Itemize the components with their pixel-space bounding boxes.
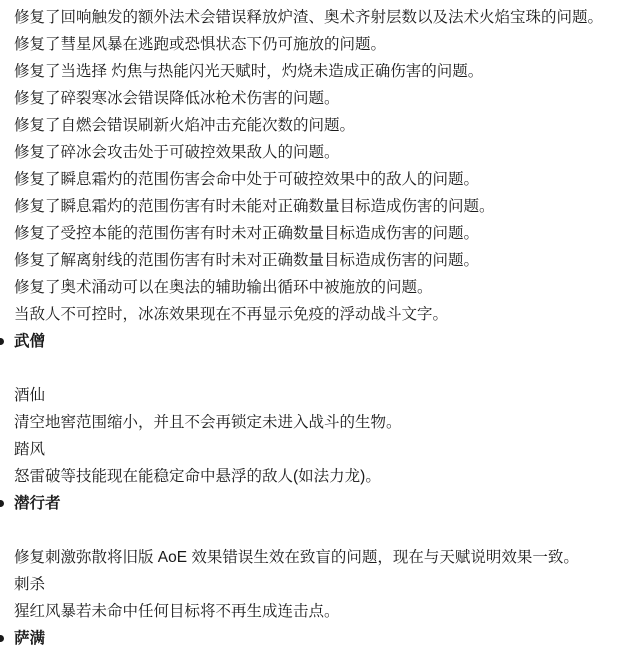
patch-note-text: 修复了当选择 灼焦与热能闪光天赋时，灼烧未造成正确伤害的问题。 xyxy=(14,58,483,85)
patch-note-text: 修复了彗星风暴在逃跑或恐惧状态下仍可施放的问题。 xyxy=(14,31,386,58)
patch-note-item: 修复刺激弥散将旧版 AoE 效果错误生效在致盲的问题，现在与天赋说明效果一致。 xyxy=(14,544,626,571)
spec-name-text: 踏风 xyxy=(14,436,45,463)
patch-note-item: 猩红风暴若未命中任何目标将不再生成连击点。 xyxy=(14,598,626,625)
patch-note-item: 修复了自燃会错误刷新火焰冲击充能次数的问题。 xyxy=(14,112,626,139)
class-header-text: 萨满 xyxy=(14,625,45,652)
class-header-text: 武僧 xyxy=(14,328,45,355)
spec-name: 踏风 xyxy=(14,436,626,463)
patch-note-item: 修复了解离射线的范围伤害有时未对正确数量目标造成伤害的问题。 xyxy=(14,247,626,274)
patch-note-item: 清空地窖范围缩小，并且不会再锁定未进入战斗的生物。 xyxy=(14,409,626,436)
spec-name: 酒仙 xyxy=(14,382,626,409)
patch-note-item: 怒雷破等技能现在能稳定命中悬浮的敌人(如法力龙)。 xyxy=(14,463,626,490)
patch-note-item: 修复了回响触发的额外法术会错误释放炉渣、奥术齐射层数以及法术火焰宝珠的问题。 xyxy=(14,4,626,31)
class-header-monk: 武僧 xyxy=(14,328,626,355)
patch-note-text: 怒雷破等技能现在能稳定命中悬浮的敌人(如法力龙)。 xyxy=(14,463,381,490)
class-header-text: 潜行者 xyxy=(14,490,61,517)
patch-note-text: 修复刺激弥散将旧版 AoE 效果错误生效在致盲的问题，现在与天赋说明效果一致。 xyxy=(14,544,579,571)
patch-note-item: 修复了彗星风暴在逃跑或恐惧状态下仍可施放的问题。 xyxy=(14,31,626,58)
patch-note-item: 修复了碎冰会攻击处于可破控效果敌人的问题。 xyxy=(14,139,626,166)
patch-note-text: 修复了瞬息霜灼的范围伤害会命中处于可破控效果中的敌人的问题。 xyxy=(14,166,479,193)
spec-name: 刺杀 xyxy=(14,571,626,598)
patch-note-text: 清空地窖范围缩小，并且不会再锁定未进入战斗的生物。 xyxy=(14,409,402,436)
patch-note-text: 修复了受控本能的范围伤害有时未对正确数量目标造成伤害的问题。 xyxy=(14,220,479,247)
patch-note-text: 修复了碎裂寒冰会错误降低冰枪术伤害的问题。 xyxy=(14,85,340,112)
patch-note-text: 猩红风暴若未命中任何目标将不再生成连击点。 xyxy=(14,598,340,625)
bullet-icon xyxy=(0,338,4,345)
spec-name-text: 酒仙 xyxy=(14,382,45,409)
patch-notes-document: 修复了回响触发的额外法术会错误释放炉渣、奥术齐射层数以及法术火焰宝珠的问题。 修… xyxy=(0,0,626,652)
bullet-icon xyxy=(0,635,4,642)
patch-note-item: 修复了碎裂寒冰会错误降低冰枪术伤害的问题。 xyxy=(14,85,626,112)
patch-note-item: 修复了当选择 灼焦与热能闪光天赋时，灼烧未造成正确伤害的问题。 xyxy=(14,58,626,85)
patch-note-text: 修复了回响触发的额外法术会错误释放炉渣、奥术齐射层数以及法术火焰宝珠的问题。 xyxy=(14,4,603,31)
spec-name-text: 刺杀 xyxy=(14,571,45,598)
patch-note-item: 修复了瞬息霜灼的范围伤害有时未能对正确数量目标造成伤害的问题。 xyxy=(14,193,626,220)
patch-note-item: 修复了奥术涌动可以在奥法的辅助输出循环中被施放的问题。 xyxy=(14,274,626,301)
patch-note-text: 修复了解离射线的范围伤害有时未对正确数量目标造成伤害的问题。 xyxy=(14,247,479,274)
patch-note-text: 修复了碎冰会攻击处于可破控效果敌人的问题。 xyxy=(14,139,340,166)
patch-note-text: 修复了瞬息霜灼的范围伤害有时未能对正确数量目标造成伤害的问题。 xyxy=(14,193,495,220)
class-header-shaman: 萨满 xyxy=(14,625,626,652)
patch-note-item: 修复了受控本能的范围伤害有时未对正确数量目标造成伤害的问题。 xyxy=(14,220,626,247)
patch-note-item: 修复了瞬息霜灼的范围伤害会命中处于可破控效果中的敌人的问题。 xyxy=(14,166,626,193)
bullet-icon xyxy=(0,500,4,507)
patch-note-text: 修复了自燃会错误刷新火焰冲击充能次数的问题。 xyxy=(14,112,355,139)
class-header-rogue: 潜行者 xyxy=(14,490,626,517)
blank-line xyxy=(14,355,626,382)
blank-line xyxy=(14,517,626,544)
patch-note-item: 当敌人不可控时，冰冻效果现在不再显示免疫的浮动战斗文字。 xyxy=(14,301,626,328)
patch-note-text: 修复了奥术涌动可以在奥法的辅助输出循环中被施放的问题。 xyxy=(14,274,433,301)
patch-note-text: 当敌人不可控时，冰冻效果现在不再显示免疫的浮动战斗文字。 xyxy=(14,301,448,328)
